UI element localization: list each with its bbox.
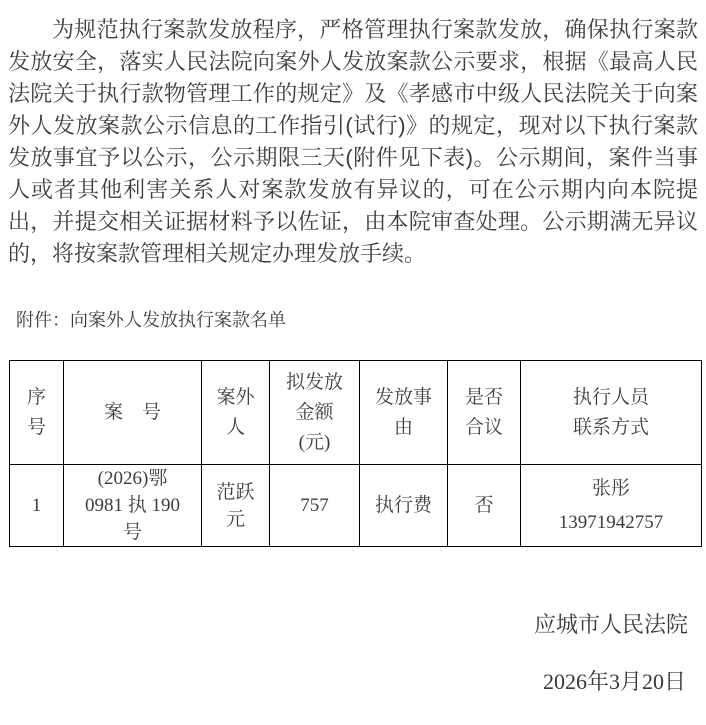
cell-seq: 1 [10,465,64,547]
court-signature: 应城市人民法院 [8,613,688,637]
announcement-document: 为规范执行案款发放程序，严格管理执行案款发放，确保执行案款发放安全，落实人民法院… [0,0,706,694]
case-funds-table: 序 号 案 号 案外 人 拟发放 金额 (元) 发放事 由 是否 合议 执行人员… [9,360,702,547]
column-header-reason: 发放事 由 [360,361,448,465]
cell-outsider: 范跃 元 [202,465,270,547]
attachment-label: 附件：向案外人发放执行案款名单 [8,308,698,332]
cell-case-number: (2026)鄂 0981 执 190 号 [64,465,202,547]
table-header-row: 序 号 案 号 案外 人 拟发放 金额 (元) 发放事 由 是否 合议 执行人员… [10,361,702,465]
publish-date: 2026年3月20日 [8,670,686,694]
column-header-contact: 执行人员 联系方式 [521,361,702,465]
column-header-case-number: 案 号 [64,361,202,465]
table-row: 1 (2026)鄂 0981 执 190 号 范跃 元 757 执行费 否 张彤… [10,465,702,547]
column-header-amount: 拟发放 金额 (元) [270,361,360,465]
column-header-seq: 序 号 [10,361,64,465]
announcement-paragraph: 为规范执行案款发放程序，严格管理执行案款发放，确保执行案款发放安全，落实人民法院… [8,14,698,270]
column-header-outsider: 案外 人 [202,361,270,465]
cell-contact: 张彤 13971942757 [521,465,702,547]
cell-collegiate: 否 [448,465,521,547]
cell-amount: 757 [270,465,360,547]
column-header-collegiate: 是否 合议 [448,361,521,465]
cell-reason: 执行费 [360,465,448,547]
